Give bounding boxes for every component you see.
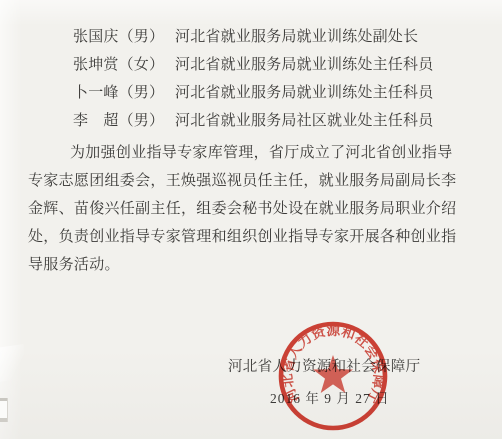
paper-crease — [0, 344, 28, 382]
official-seal: 河北省人力资源和社会保障厅 — [275, 318, 391, 434]
person-name: 卜一峰（男） — [73, 79, 175, 107]
person-title: 河北省就业服务局社区就业处主任科员 — [175, 113, 433, 129]
paragraph-line: 专家志愿团组委会，王焕强巡视员任主任，就业服务局副局长李 — [28, 167, 478, 195]
scanned-document-page: 张国庆（男）河北省就业服务局就业训练处副处长 张坤赏（女）河北省就业服务局就业训… — [0, 0, 502, 439]
paragraph-line: 金辉、苗俊兴任副主任，组委会秘书处设在就业服务局职业介绍 — [28, 195, 478, 223]
person-name: 张坤赏（女） — [73, 51, 175, 79]
person-title: 河北省就业服务局就业训练处副处长 — [175, 29, 418, 45]
paragraph-line: 处，负责创业指导专家管理和组织创业指导专家开展各种创业指 — [28, 223, 478, 251]
personnel-roster: 张国庆（男）河北省就业服务局就业训练处副处长 张坤赏（女）河北省就业服务局就业训… — [73, 23, 433, 135]
person-title: 河北省就业服务局就业训练处主任科员 — [175, 57, 433, 73]
person-name: 李 超（男） — [73, 107, 175, 135]
star-icon — [313, 355, 353, 393]
roster-row: 张国庆（男）河北省就业服务局就业训练处副处长 — [73, 23, 433, 51]
person-name: 张国庆（男） — [73, 23, 175, 51]
roster-row: 卜一峰（男）河北省就业服务局就业训练处主任科员 — [73, 79, 433, 107]
roster-row: 李 超（男）河北省就业服务局社区就业处主任科员 — [73, 107, 433, 135]
roster-row: 张坤赏（女）河北省就业服务局就业训练处主任科员 — [73, 51, 433, 79]
scan-edge-artifact — [0, 398, 8, 422]
body-paragraph: 为加强创业指导专家库管理，省厅成立了河北省创业指导 专家志愿团组委会，王焕强巡视… — [28, 139, 478, 279]
person-title: 河北省就业服务局就业训练处主任科员 — [175, 85, 433, 101]
paragraph-line: 导服务活动。 — [28, 251, 478, 279]
paragraph-line: 为加强创业指导专家库管理，省厅成立了河北省创业指导 — [28, 139, 478, 167]
